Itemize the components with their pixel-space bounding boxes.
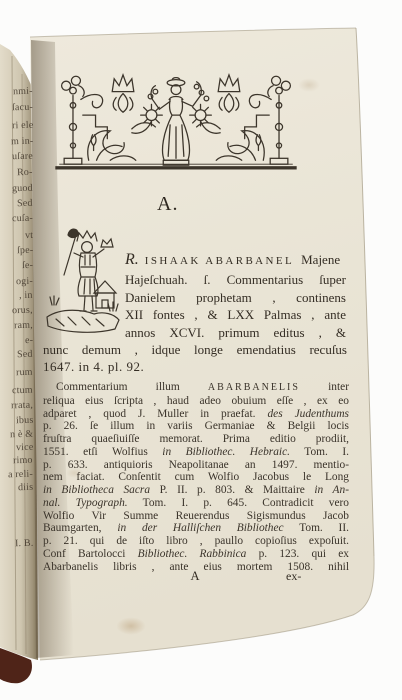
facing-fragment: ri ele [11, 120, 33, 132]
paragraph-line: nal. Typograph. Tom. I. p. 645. Contradi… [43, 497, 349, 510]
entry-wrapped-lines: R.ISHAAK ABARBANELMajene Hajeſchuah. ſ. … [125, 251, 346, 342]
paragraph-line: nem faciat. Conſentit cum Wolfio Jacobus… [43, 471, 349, 484]
section-heading: A. [157, 193, 178, 216]
facing-fragment: I. B. [14, 538, 33, 549]
facing-fragment: Sed [17, 198, 33, 209]
paragraph-line: p. 633. antiquioris Neapolitanae an 1497… [43, 459, 349, 472]
catchword: ex- [286, 569, 301, 584]
facing-fragment: Sed [17, 349, 33, 360]
facing-fragment: ibus [15, 415, 33, 426]
paragraph-line: Conf Bartolocci Bibliothec. Rabbinica p.… [43, 548, 349, 561]
paragraph-line: fruſtra quaeſiuiſſe memorat. Prima editi… [43, 433, 349, 446]
paragraph-line: reliqua eius ſcripta , haud adeo obuium … [43, 395, 349, 408]
entry-line: XII fontes , & LXX Palmas , ante [125, 306, 346, 324]
facing-page-fragments: nmi-ſacu-ri elem in-uſareRo-guodSedcuſa-… [0, 0, 37, 700]
paragraph-line: Wolfio Vir Summe Reuerendus Sigismundus … [43, 510, 349, 523]
facing-fragment: diis [18, 482, 34, 493]
paragraph: Commentarium illum ABARBANELIS interreli… [43, 381, 349, 573]
paragraph-line: Commentarium illum ABARBANELIS inter [43, 381, 349, 395]
facing-fragment: orus, [12, 305, 33, 317]
initial-figure-woodcut [44, 227, 122, 337]
entry-initial: R. [125, 251, 139, 268]
facing-fragment: vice [15, 442, 33, 453]
paragraph-line: Baumgarten, in der Halliſchen Bibliothec… [43, 522, 349, 535]
paragraph-line: in Bibliotheca Sacra P. II. p. 803. & Ma… [43, 484, 349, 497]
facing-fragment: guod [12, 183, 33, 195]
facing-fragment: ſacu- [12, 102, 33, 114]
paragraph-line: 1551. etſi Wolfius in Bibliothec. Hebrai… [43, 446, 349, 459]
entry-imprint-line: 1647. in 4. pl. 92. [43, 359, 144, 375]
facing-fragment: Ro- [17, 167, 33, 178]
entry-line: Hajeſchuah. ſ. Commentarius ſuper [125, 271, 346, 289]
paragraph-line: p. 21. qui de iſto libro , paullo copioſ… [43, 535, 349, 548]
paragraph-line: adparet , quod J. Muller in praefat. des… [43, 408, 349, 421]
facing-fragment: cuſa- [12, 213, 33, 225]
entry-wide-line: nunc demum , idque longe emendatius recu… [43, 341, 347, 359]
paragraph-line: p. 26. ſe illum in variis Germaniae & Be… [43, 420, 349, 433]
entry-author-name: ISHAAK ABARBANEL [145, 255, 294, 267]
facing-fragment: ſe- [22, 260, 33, 271]
facing-fragment: rum [16, 367, 33, 378]
facing-fragment: ogi- [16, 276, 33, 287]
facing-fragment: a reli- [8, 469, 33, 481]
entry-line: Danielem prophetam , continens [125, 289, 346, 307]
signature-mark: A [43, 569, 347, 584]
facing-fragment: e- [25, 335, 33, 346]
facing-fragment: ctum [12, 385, 33, 397]
facing-fragment: rrata, [11, 400, 33, 412]
facing-fragment: vt [25, 230, 33, 241]
facing-fragment: ram, [14, 320, 33, 331]
facing-fragment: m in- [10, 136, 33, 148]
entry-line: annos XCVI. primum editus , & [125, 324, 346, 342]
book-photograph: nmi-ſacu-ri elem in-uſareRo-guodSedcuſa-… [0, 0, 402, 700]
facing-fragment: rimo [13, 455, 33, 467]
headpiece-woodcut [52, 70, 300, 174]
facing-fragment: , in [19, 290, 33, 301]
facing-fragment: n è & [10, 429, 33, 441]
entry-line1-rest: Majene [301, 252, 340, 267]
entry-line-1: R.ISHAAK ABARBANELMajene [125, 251, 346, 271]
facing-fragment: nmi- [13, 86, 33, 98]
facing-fragment: uſare [12, 151, 33, 163]
facing-fragment: ſpe- [16, 245, 33, 256]
